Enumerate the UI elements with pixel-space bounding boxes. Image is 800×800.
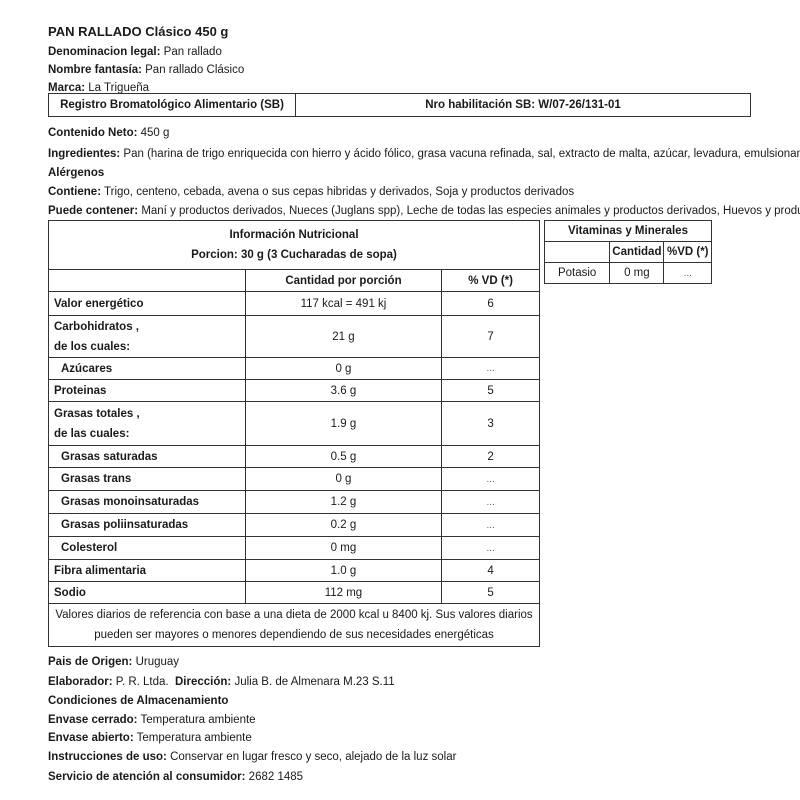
envase-abierto-label: Envase abierto: — [48, 732, 134, 744]
ingredientes-label: Ingredientes: — [48, 148, 120, 160]
instrucciones-value: Conservar en lugar fresco y seco, alejad… — [170, 751, 456, 763]
nutrition-row: Carbohidratos ,de los cuales:21 g7 — [49, 316, 540, 358]
nutrient-vd: ... — [442, 537, 540, 560]
nombre-fantasia: Nombre fantasía: Pan rallado Clásico — [48, 63, 244, 77]
elaborador-label: Elaborador: — [48, 676, 113, 688]
nutrient-name: Grasas saturadas — [49, 446, 246, 468]
nutrient-amount: 0.2 g — [245, 514, 442, 537]
col-header-vd: % VD (*) — [442, 270, 540, 292]
vitamin-row: Potasio0 mg... — [545, 263, 712, 284]
nutrition-row: Fibra alimentaria1.0 g4 — [49, 560, 540, 582]
nutrient-vd: ... — [442, 491, 540, 514]
nutrient-amount: 21 g — [245, 316, 442, 358]
ingredientes: Ingredientes: Pan (harina de trigo enriq… — [48, 147, 800, 161]
nutrient-vd: ... — [442, 514, 540, 537]
nutrient-amount: 1.9 g — [245, 402, 442, 446]
contenido-neto: Contenido Neto: 450 g — [48, 126, 169, 140]
contiene: Contiene: Trigo, centeno, cebada, avena … — [48, 185, 574, 199]
direccion-label: Dirección: — [175, 676, 231, 688]
vit-col-vd: %VD (*) — [664, 242, 712, 263]
nutrient-vd: 2 — [442, 446, 540, 468]
almacenamiento-heading: Condiciones de Almacenamiento — [48, 694, 228, 708]
nutrition-title: Información Nutricional — [49, 225, 539, 245]
nutrient-vd: 7 — [442, 316, 540, 358]
nutrient-amount: 0 g — [245, 358, 442, 380]
nutrient-name-line1: Carbohidratos , — [54, 317, 240, 337]
puede-contener-label: Puede contener: — [48, 205, 138, 217]
elaborador-value: P. R. Ltda. — [116, 676, 169, 688]
nutrient-name: Grasas totales ,de las cuales: — [49, 402, 246, 446]
puede-contener: Puede contener: Maní y productos derivad… — [48, 204, 800, 218]
col-header-amount: Cantidad por porción — [245, 270, 442, 292]
registro-box: Registro Bromatológico Alimentario (SB) … — [48, 93, 751, 117]
ingredientes-value: Pan (harina de trigo enriquecida con hie… — [123, 148, 800, 160]
nutrient-vd: 5 — [442, 582, 540, 604]
nutrient-name-line2: de las cuales: — [54, 424, 240, 444]
registro-left: Registro Bromatológico Alimentario (SB) — [49, 94, 296, 116]
nutrient-vd: 5 — [442, 380, 540, 402]
nombre-fantasia-label: Nombre fantasía: — [48, 64, 142, 76]
nutrition-porcion: Porcion: 30 g (3 Cucharadas de sopa) — [49, 245, 539, 265]
denominacion-value: Pan rallado — [164, 46, 222, 58]
nutrition-row: Proteinas3.6 g5 — [49, 380, 540, 402]
direccion-value: Julia B. de Almenara M.23 S.11 — [234, 676, 394, 688]
vit-col-amount: Cantidad — [610, 242, 664, 263]
nutrient-name: Grasas poliinsaturadas — [49, 514, 246, 537]
envase-cerrado-label: Envase cerrado: — [48, 714, 138, 726]
nutrient-amount: 117 kcal = 491 kj — [245, 292, 442, 316]
nutrition-row: Grasas monoinsaturadas1.2 g... — [49, 491, 540, 514]
vitamin-amount: 0 mg — [610, 263, 664, 284]
nutrient-vd: 3 — [442, 402, 540, 446]
contenido-value: 450 g — [141, 127, 170, 139]
envase-cerrado: Envase cerrado: Temperatura ambiente — [48, 713, 256, 727]
nutrition-header-row: Información Nutricional Porcion: 30 g (3… — [49, 221, 540, 270]
envase-cerrado-value: Temperatura ambiente — [141, 714, 256, 726]
nutrition-footnote: Valores diarios de referencia con base a… — [49, 604, 540, 647]
nutrition-row: Sodio112 mg5 — [49, 582, 540, 604]
registro-right: Nro habilitación SB: W/07-26/131-01 — [296, 94, 750, 116]
puede-contener-value: Maní y productos derivados, Nueces (Jugl… — [141, 205, 800, 217]
nutrition-col-header-row: Cantidad por porción % VD (*) — [49, 270, 540, 292]
nutrient-amount: 112 mg — [245, 582, 442, 604]
nutrient-vd: 4 — [442, 560, 540, 582]
contenido-label: Contenido Neto: — [48, 127, 137, 139]
vit-col-name — [545, 242, 610, 263]
nutrient-name: Sodio — [49, 582, 246, 604]
nutrition-row: Grasas trans0 g... — [49, 468, 540, 491]
nutrient-vd: ... — [442, 468, 540, 491]
col-header-name — [49, 270, 246, 292]
instrucciones: Instrucciones de uso: Conservar en lugar… — [48, 750, 456, 764]
servicio-value: 2682 1485 — [249, 771, 303, 783]
origen-value: Uruguay — [136, 656, 179, 668]
pais-origen: Pais de Origen: Uruguay — [48, 655, 179, 669]
vitamins-title: Vitaminas y Minerales — [545, 221, 712, 242]
nutrient-name-line2: de los cuales: — [54, 337, 240, 357]
denominacion-legal: Denominacion legal: Pan rallado — [48, 45, 222, 59]
nutrition-row: Valor energético117 kcal = 491 kj6 — [49, 292, 540, 316]
nutrition-row: Grasas totales ,de las cuales:1.9 g3 — [49, 402, 540, 446]
nutrient-name-line1: Grasas totales , — [54, 404, 240, 424]
nutrient-vd: 6 — [442, 292, 540, 316]
nutrient-name: Fibra alimentaria — [49, 560, 246, 582]
nutrition-row: Grasas poliinsaturadas0.2 g... — [49, 514, 540, 537]
nombre-fantasia-value: Pan rallado Clásico — [145, 64, 244, 76]
nutrient-name: Proteinas — [49, 380, 246, 402]
contiene-value: Trigo, centeno, cebada, avena o sus cepa… — [104, 186, 574, 198]
nutrient-amount: 0.5 g — [245, 446, 442, 468]
product-title: PAN RALLADO Clásico 450 g — [48, 25, 228, 39]
envase-abierto: Envase abierto: Temperatura ambiente — [48, 731, 252, 745]
envase-abierto-value: Temperatura ambiente — [137, 732, 252, 744]
vitamin-vd: ... — [664, 263, 712, 284]
instrucciones-label: Instrucciones de uso: — [48, 751, 167, 763]
nutrient-vd: ... — [442, 358, 540, 380]
nutrition-header: Información Nutricional Porcion: 30 g (3… — [49, 221, 540, 270]
contiene-label: Contiene: — [48, 186, 101, 198]
nutrition-row: Azúcares0 g... — [49, 358, 540, 380]
denominacion-label: Denominacion legal: — [48, 46, 160, 58]
nutrient-name: Valor energético — [49, 292, 246, 316]
servicio-consumidor: Servicio de atención al consumidor: 2682… — [48, 770, 303, 784]
vitamins-table: Vitaminas y Minerales Cantidad %VD (*) P… — [544, 220, 712, 284]
nutrient-name: Grasas monoinsaturadas — [49, 491, 246, 514]
origen-label: Pais de Origen: — [48, 656, 132, 668]
nutrient-amount: 0 mg — [245, 537, 442, 560]
alergenos-heading: Alérgenos — [48, 166, 104, 180]
nutrient-name: Grasas trans — [49, 468, 246, 491]
nutrient-name: Azúcares — [49, 358, 246, 380]
nutrient-amount: 1.0 g — [245, 560, 442, 582]
nutrition-table: Información Nutricional Porcion: 30 g (3… — [48, 220, 540, 647]
vitamin-name: Potasio — [545, 263, 610, 284]
elaborador: Elaborador: P. R. Ltda. Dirección: Julia… — [48, 675, 395, 689]
nutrition-footnote-row: Valores diarios de referencia con base a… — [49, 604, 540, 647]
nutrition-row: Grasas saturadas0.5 g2 — [49, 446, 540, 468]
nutrition-row: Colesterol0 mg... — [49, 537, 540, 560]
nutrient-amount: 0 g — [245, 468, 442, 491]
nutrient-name: Colesterol — [49, 537, 246, 560]
nutrient-amount: 3.6 g — [245, 380, 442, 402]
servicio-label: Servicio de atención al consumidor: — [48, 771, 245, 783]
nutrient-amount: 1.2 g — [245, 491, 442, 514]
nutrient-name: Carbohidratos ,de los cuales: — [49, 316, 246, 358]
